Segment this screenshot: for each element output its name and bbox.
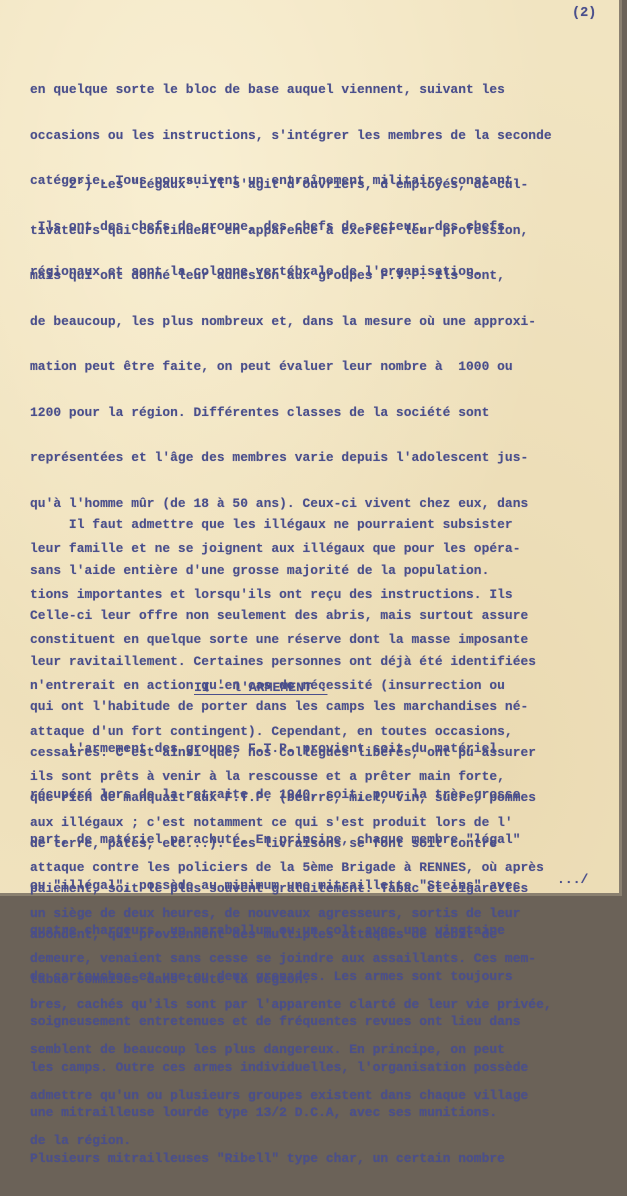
text-line: de beaucoup, les plus nombreux et, dans … [30,314,552,330]
section-heading-armement: II - l'ARMEMENT : [194,680,327,695]
text-line: occasions ou les instructions, s'intégre… [30,128,552,144]
text-line: en quelque sorte le bloc de base auquel … [30,82,552,98]
continuation-mark: .../ [557,872,588,887]
text-line: 1200 pour la région. Différentes classes… [30,405,552,421]
paragraph-armement: L'armement des groupes F.T.P. provient s… [30,711,528,900]
text-line: sans l'aide entière d'une grosse majorit… [30,563,536,579]
page-number: (2) [572,6,596,21]
typewritten-page: (2) en quelque sorte le bloc de base auq… [0,0,622,896]
text-line: tivateurs qui continuent en apparence à … [30,223,552,239]
text-line: mation peut être faite, on peut évaluer … [30,359,552,375]
text-line: mais qui ont donné leur adhésion aux gro… [30,268,552,284]
text-line: Il faut admettre que les illégaux ne pou… [30,517,536,533]
text-line: ou "illégal", possède au minimum une mit… [30,878,528,894]
text-line: part, de matériel parachuté. En principe… [30,832,528,848]
text-line: récupéré lors de la retraite de 1940, so… [30,787,528,803]
text-line: représentées et l'âge des membres varie … [30,450,552,466]
text-line: 2°) Les "Légaux". Il s'agit d'ouvriers, … [30,177,552,193]
text-line: leur ravitaillement. Certaines personnes… [30,654,536,670]
text-line: L'armement des groupes F.T.P. provient s… [30,741,528,757]
text-line: Celle-ci leur offre non seulement des ab… [30,608,536,624]
